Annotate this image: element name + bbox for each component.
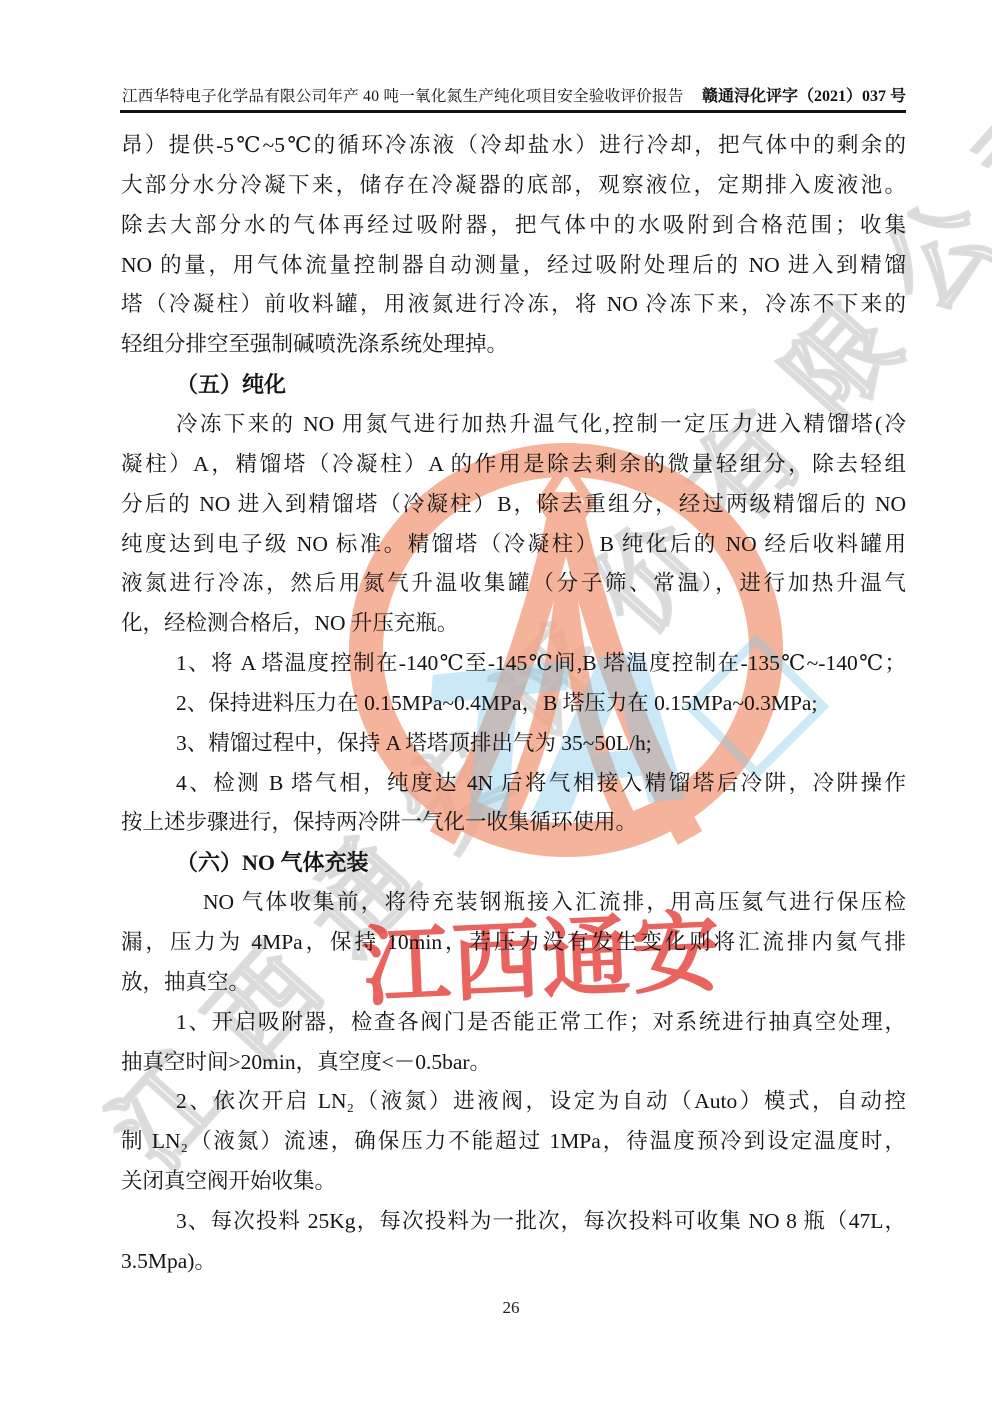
section-heading: （五）纯化 [121, 372, 906, 398]
body-line: 关闭真空阀开始收集。 [121, 1169, 906, 1195]
body-line: 漏，压力为 4MPa，保持 10min，若压力没有发生变化则将汇流排内氦气排 [121, 930, 906, 956]
body-line: 除去大部分水的气体再经过吸附器，把气体中的水吸附到合格范围；收集 [121, 213, 906, 239]
body-line: 凝柱）A，精馏塔（冷凝柱）A 的作用是除去剩余的微量轻组分，除去轻组 [121, 452, 906, 478]
body-line: NO 的量，用气体流量控制器自动测量，经过吸附处理后的 NO 进入到精馏 [121, 253, 906, 279]
body-line: 分后的 NO 进入到精馏塔（冷凝柱）B，除去重组分，经过两级精馏后的 NO [121, 492, 906, 518]
body-line: 3、每次投料 25Kg，每次投料为一批次，每次投料可收集 NO 8 瓶（47L， [121, 1209, 906, 1235]
body-line: 大部分水分冷凝下来，储存在冷凝器的底部，观察液位，定期排入废液池。 [121, 173, 906, 199]
body-line: 2、依次开启 LN₂（液氮）进液阀，设定为自动（Auto）模式，自动控 [121, 1089, 906, 1115]
header-document-number: 赣通浔化评字（2021）037 号 [702, 83, 906, 106]
body-line: 1、开启吸附器，检查各阀门是否能正常工作；对系统进行抽真空处理， [121, 1010, 906, 1036]
body-line: 放，抽真空。 [121, 970, 906, 996]
body-line: 制 LN₂（液氮）流速，确保压力不能超过 1MPa，待温度预冷到设定温度时， [121, 1129, 906, 1155]
body-line: 昂）提供-5℃~5℃的循环冷冻液（冷却盐水）进行冷却，把气体中的剩余的 [121, 133, 906, 159]
header-divider [120, 110, 906, 113]
body-line: 纯度达到电子级 NO 标准。精馏塔（冷凝柱）B 纯化后的 NO 经后收料罐用 [121, 532, 906, 558]
body-line: NO 气体收集前，将待充装钢瓶接入汇流排，用高压氦气进行保压检 [121, 890, 906, 916]
body-line: 1、将 A 塔温度控制在-140℃至-145℃间,B 塔温度控制在-135℃~-… [121, 651, 906, 677]
section-heading: （六）NO 气体充装 [121, 850, 906, 876]
body-line: 液氮进行冷冻，然后用氮气升温收集罐（分子筛、常温），进行加热升温气 [121, 571, 906, 597]
document-content: 江西华特电子化学品有限公司年产 40 吨一氧化氮生产纯化项目安全验收评价报告 赣… [0, 0, 992, 1403]
document-page: 江西通安评价有限公司 TA 江西通安 江西华特电子化学品有限公司年产 40 吨一… [0, 0, 992, 1403]
body-line: 3、精馏过程中，保持 A 塔塔顶排出气为 35~50L/h; [121, 731, 906, 757]
header-report-title: 江西华特电子化学品有限公司年产 40 吨一氧化氮生产纯化项目安全验收评价报告 [122, 84, 684, 106]
body-line: 化，经检测合格后，NO 升压充瓶。 [121, 611, 906, 637]
body-line: 冷冻下来的 NO 用氮气进行加热升温气化,控制一定压力进入精馏塔(冷 [121, 412, 906, 438]
body-line: 抽真空时间>20min，真空度<－0.5bar。 [121, 1050, 906, 1076]
body-line: 4、检测 B 塔气相，纯度达 4N 后将气相接入精馏塔后冷阱，冷阱操作 [121, 771, 906, 797]
body-line: 塔（冷凝柱）前收料罐，用液氮进行冷冻，将 NO 冷冻下来，冷冻不下来的 [121, 292, 906, 318]
body-line: 2、保持进料压力在 0.15MPa~0.4MPa，B 塔压力在 0.15MPa~… [121, 691, 906, 717]
body-line: 轻组分排空至强制碱喷洗涤系统处理掉。 [121, 332, 906, 358]
page-number: 26 [0, 1298, 992, 1318]
body-line: 3.5Mpa)。 [121, 1249, 906, 1275]
body-line: 按上述步骤进行，保持两冷阱一气化一收集循环使用。 [121, 810, 906, 836]
